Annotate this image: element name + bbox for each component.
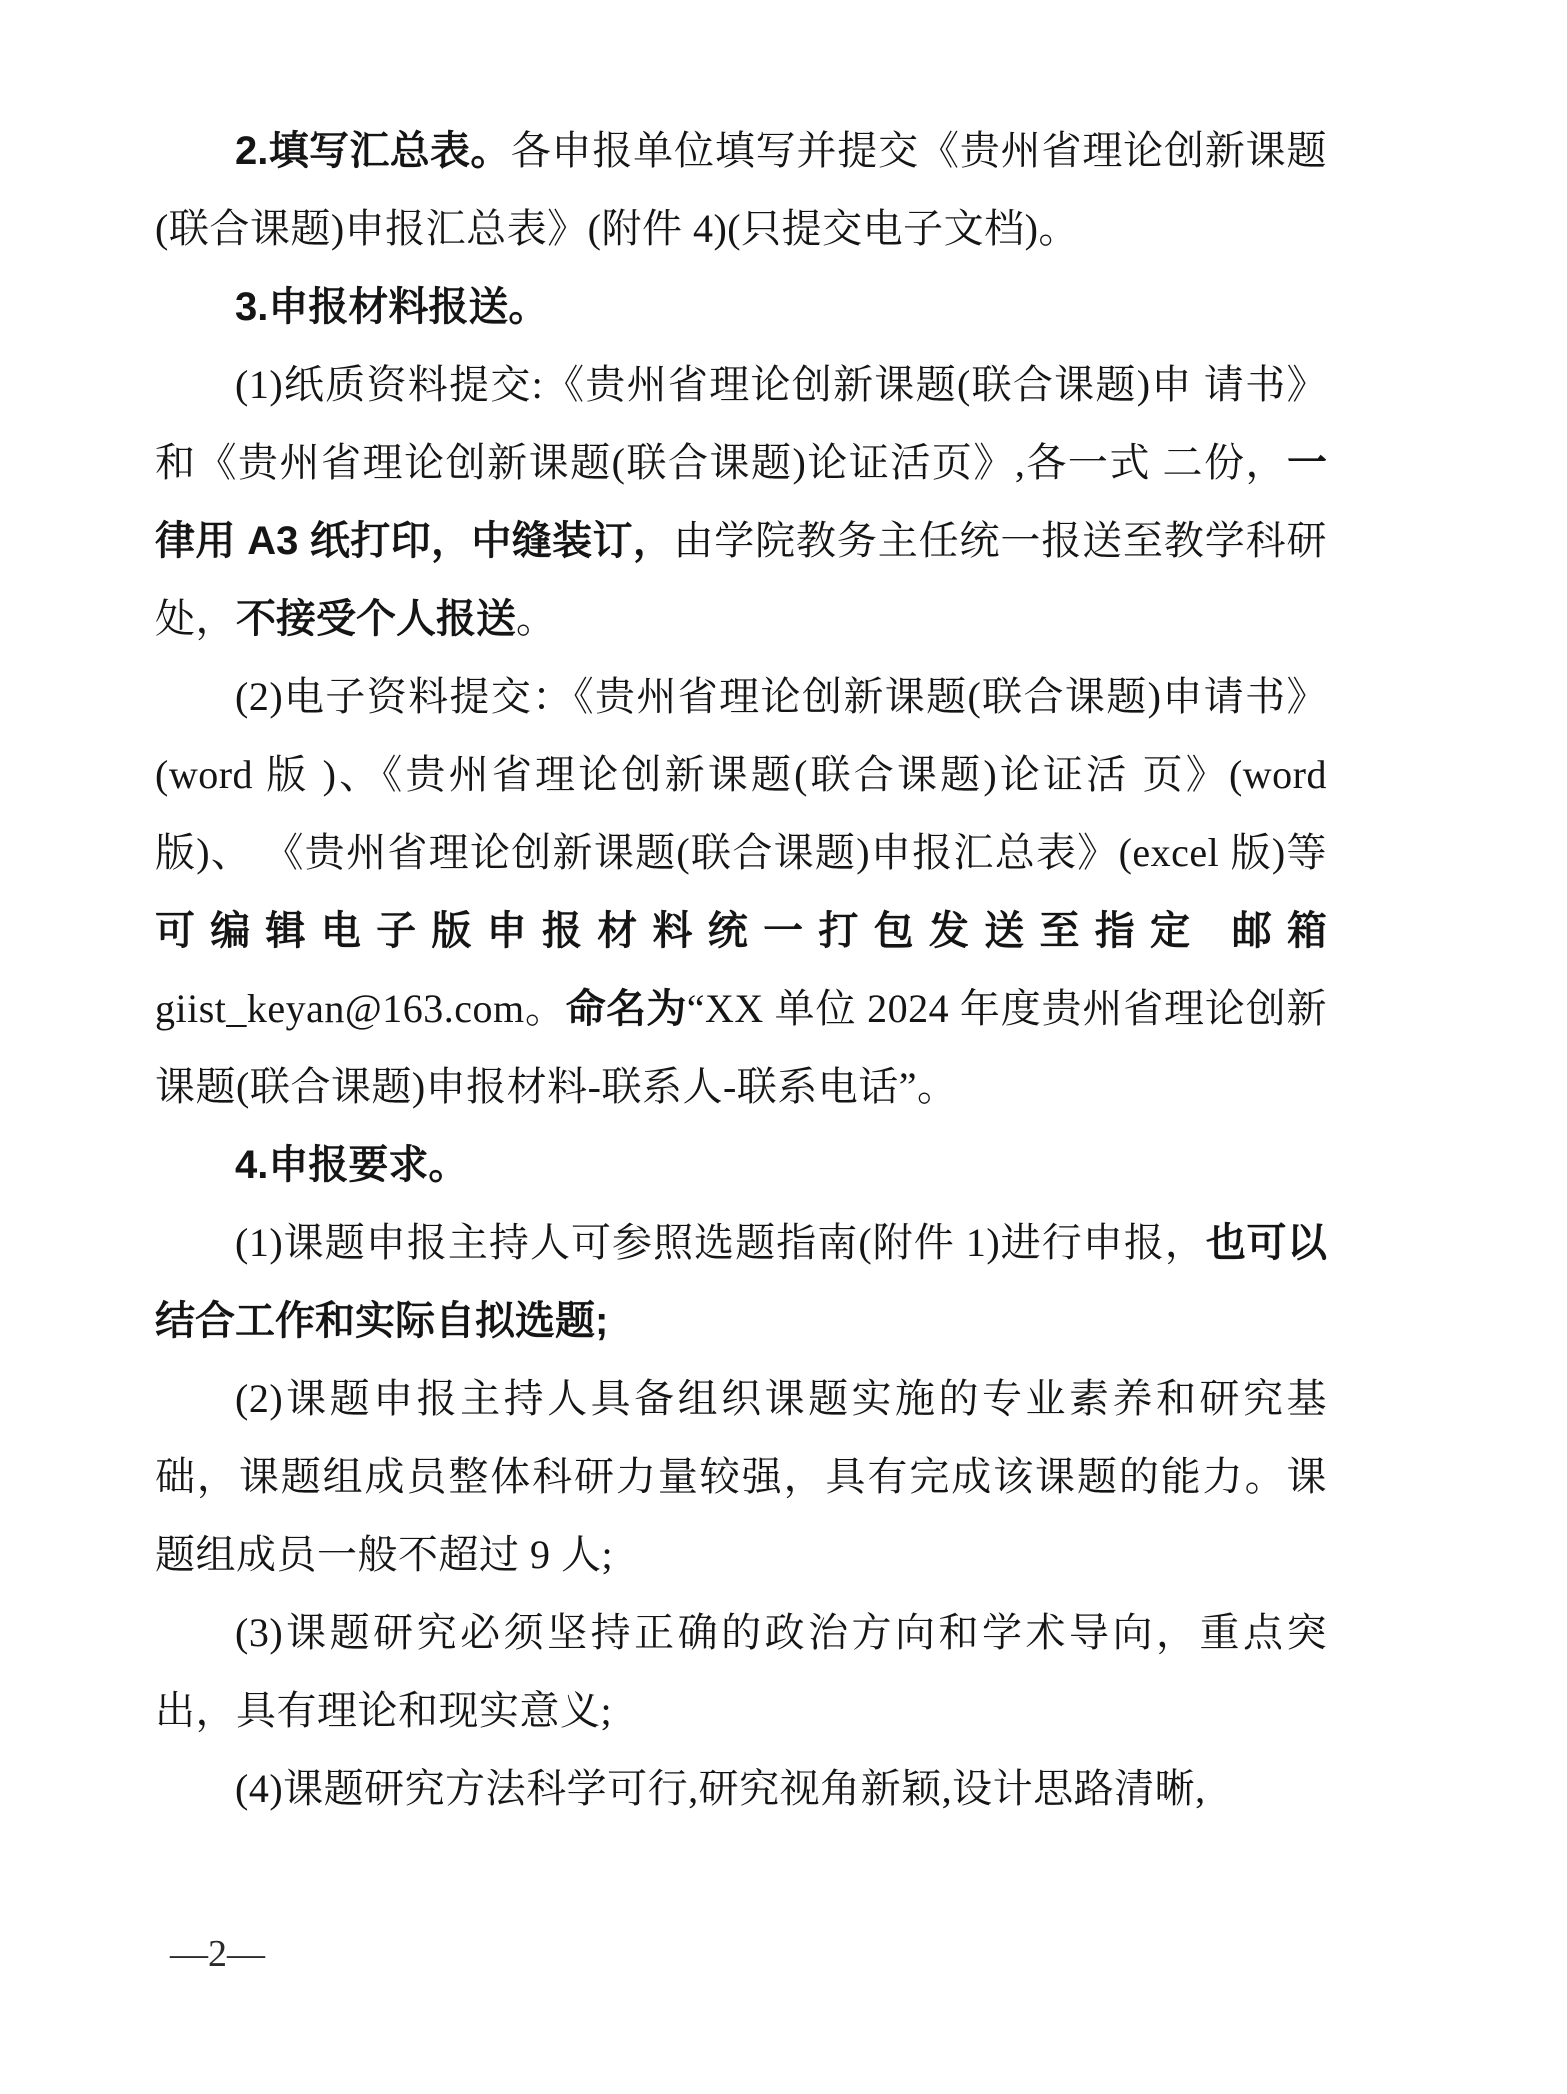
text-run: (3)课题研究必须坚持正确的政治方向和学术导向，重点突出，具有理论和现实意义; — [155, 1610, 1327, 1733]
paragraph: (1)课题申报主持人可参照选题指南(附件 1)进行申报，也可以结合工作和实际自拟… — [155, 1204, 1327, 1360]
page-number: —2— — [170, 1924, 265, 1984]
text-run: giist_keyan@163.com。 — [155, 986, 566, 1031]
document-body: 2.填写汇总表。各申报单位填写并提交《贵州省理论创新课题(联合课题)申报汇总表》… — [155, 112, 1327, 1828]
text-run: (4)课题研究方法科学可行,研究视角新颖,设计思路清晰, — [235, 1766, 1206, 1811]
document-page: 2.填写汇总表。各申报单位填写并提交《贵州省理论创新课题(联合课题)申报汇总表》… — [0, 0, 1567, 2094]
paragraph: 4.申报要求。 — [155, 1126, 1327, 1204]
paragraph: (4)课题研究方法科学可行,研究视角新颖,设计思路清晰, — [155, 1750, 1327, 1828]
paragraph: (2)课题申报主持人具备组织课题实施的专业素养和研究基础，课题组成员整体科研力量… — [155, 1360, 1327, 1594]
text-run: 命名为 — [566, 987, 687, 1031]
text-run: 不接受个人报送 — [236, 597, 516, 641]
paragraph: (3)课题研究必须坚持正确的政治方向和学术导向，重点突出，具有理论和现实意义; — [155, 1594, 1327, 1750]
paragraph: (1)纸质资料提交:《贵州省理论创新课题(联合课题)申 请书》和《贵州省理论创新… — [155, 346, 1327, 658]
text-run: (1)课题申报主持人可参照选题指南(附件 1)进行申报， — [235, 1220, 1206, 1265]
text-run: 2.填写汇总表。 — [235, 129, 511, 173]
text-run: (1)纸质资料提交:《贵州省理论创新课题(联合课题)申 请书》和《贵州省理论创新… — [155, 362, 1327, 485]
text-run: (2)课题申报主持人具备组织课题实施的专业素养和研究基础，课题组成员整体科研力量… — [155, 1376, 1327, 1577]
text-run: 3.申报材料报送。 — [235, 285, 548, 329]
text-run: 可编辑电子版申报材料统一打包发送至指定 邮箱 — [155, 909, 1327, 953]
text-run: (2)电子资料提交：《贵州省理论创新课题(联合课题)申请书》(word 版 )、… — [155, 674, 1327, 875]
text-run: 。 — [516, 596, 557, 641]
paragraph: 2.填写汇总表。各申报单位填写并提交《贵州省理论创新课题(联合课题)申报汇总表》… — [155, 112, 1327, 268]
paragraph: (2)电子资料提交：《贵州省理论创新课题(联合课题)申请书》(word 版 )、… — [155, 658, 1327, 1126]
paragraph: 3.申报材料报送。 — [155, 268, 1327, 346]
text-run: 4.申报要求。 — [235, 1143, 468, 1187]
